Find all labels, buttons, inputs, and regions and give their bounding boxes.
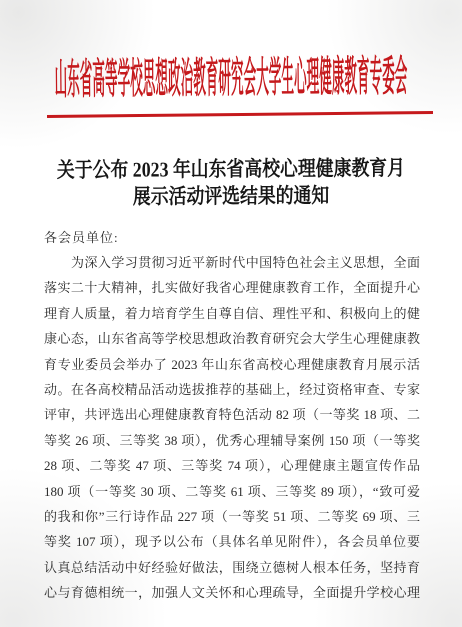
body-text: 为深入学习贯彻习近平新时代中国特色社会主义思想，全面 落实二十大精神，扎实做好我… — [44, 250, 420, 605]
body-line: 心与育德相统一，加强人文关怀和心理疏导，全面提升学校心理 — [44, 580, 420, 605]
body-line: 育专业委员会举办了 2023 年山东省高校心理健康教育月展示活 — [44, 352, 420, 377]
document-title-line2: 展示活动评选结果的通知 — [35, 182, 428, 211]
body-line: 为深入学习贯彻习近平新时代中国特色社会主义思想，全面 — [44, 250, 420, 275]
body-line: 评审，共评选出心理健康教育特色活动 82 项（一等奖 18 项、二 — [44, 402, 420, 427]
body-line: 180 项（一等奖 30 项、二等奖 61 项、三等奖 89 项），“致可爱 — [44, 479, 420, 504]
body-line: 理育人质量，着力培育学生自尊自信、理性平和、积极向上的健 — [44, 301, 420, 326]
body-line: 认真总结活动中好经验好做法，围绕立德树人根本任务，坚持育 — [44, 555, 420, 580]
document-page: 山东省高等学校思想政治教育研究会大学生心理健康教育专委会 关于公布 2023 年… — [0, 0, 462, 627]
body-line: 动。在各高校精品活动选拔推荐的基础上，经过资格审查、专家 — [44, 377, 420, 402]
salutation: 各会员单位: — [44, 230, 119, 246]
body-line: 等奖 107 项），现予以公布（具体名单见附件），各会员单位要 — [44, 529, 420, 554]
body-line: 康心态，山东省高等学校思想政治教育研究会大学生心理健康教 — [44, 326, 420, 351]
document-title-line1: 关于公布 2023 年山东省高校心理健康教育月 — [35, 155, 428, 184]
body-line: 的我和你”三行诗作品 227 项（一等奖 51 项、二等奖 69 项、三 — [44, 504, 420, 529]
document-title: 关于公布 2023 年山东省高校心理健康教育月 展示活动评选结果的通知 — [35, 155, 428, 211]
body-line: 28 项、二等奖 47 项、三等奖 74 项），心理健康主题宣传作品 — [44, 453, 420, 478]
letterhead-org-name: 山东省高等学校思想政治教育研究会大学生心理健康教育专委会 — [54, 56, 407, 101]
body-line: 落实二十大精神，扎实做好我省心理健康教育工作，全面提升心 — [44, 275, 420, 300]
body-line: 等奖 26 项、三等奖 38 项），优秀心理辅导案例 150 项（一等奖 — [44, 428, 420, 453]
letterhead-rule — [47, 111, 433, 118]
